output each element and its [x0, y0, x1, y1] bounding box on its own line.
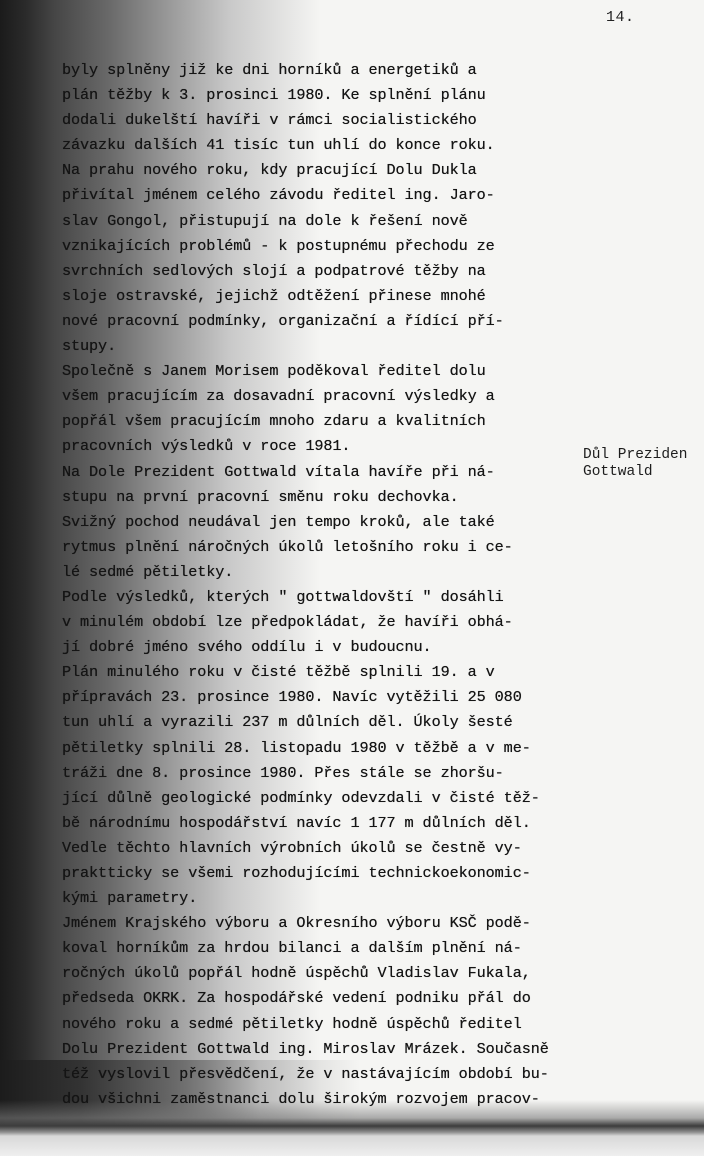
text-line: dodali dukelští havíři v rámci socialist…: [62, 108, 582, 133]
text-line: Podle výsledků, kterých " gottwaldovští …: [62, 585, 582, 610]
text-line: byly splněny již ke dni horníků a energe…: [62, 58, 582, 83]
text-line: plán těžby k 3. prosinci 1980. Ke splněn…: [62, 83, 582, 108]
text-line: nového roku a sedmé pětiletky hodně úspě…: [62, 1012, 582, 1037]
text-line: dou všichni zaměstnanci dolu širokým roz…: [62, 1087, 582, 1112]
text-line: tráži dne 8. prosince 1980. Přes stále s…: [62, 761, 582, 786]
scanned-page: 14. byly splněny již ke dni horníků a en…: [0, 0, 704, 1156]
text-line: kými parametry.: [62, 886, 582, 911]
text-line: předseda OKRK. Za hospodářské vedení pod…: [62, 986, 582, 1011]
text-line: stupu na první pracovní směnu roku decho…: [62, 485, 582, 510]
text-line: rytmus plnění náročných úkolů letošního …: [62, 535, 582, 560]
text-line: jí dobré jméno svého oddílu i v budoucnu…: [62, 635, 582, 660]
text-line: slav Gongol, přistupují na dole k řešení…: [62, 209, 582, 234]
text-line: pětiletky splnili 28. listopadu 1980 v t…: [62, 736, 582, 761]
text-line: Svižný pochod neudával jen tempo kroků, …: [62, 510, 582, 535]
text-line: praktticky se všemi rozhodujícími techni…: [62, 861, 582, 886]
text-line: všem pracujícím za dosavadní pracovní vý…: [62, 384, 582, 409]
text-line: tun uhlí a vyrazili 237 m důlních děl. Ú…: [62, 710, 582, 735]
text-line: Plán minulého roku v čisté těžbě splnili…: [62, 660, 582, 685]
text-line: popřál všem pracujícím mnoho zdaru a kva…: [62, 409, 582, 434]
text-line: lé sedmé pětiletky.: [62, 560, 582, 585]
text-line: Jménem Krajského výboru a Okresního výbo…: [62, 911, 582, 936]
margin-note-line: Důl Preziden: [583, 447, 687, 464]
text-line: Dolu Prezident Gottwald ing. Miroslav Mr…: [62, 1037, 582, 1062]
margin-note-line: Gottwald: [583, 464, 687, 481]
text-line: v minulém období lze předpokládat, že ha…: [62, 610, 582, 635]
text-line: nové pracovní podmínky, organizační a ří…: [62, 309, 582, 334]
text-line: stupy.: [62, 334, 582, 359]
text-line: Na Dole Prezident Gottwald vítala havíře…: [62, 460, 582, 485]
typewritten-body-text: byly splněny již ke dni horníků a energe…: [62, 58, 582, 1112]
text-line: svrchních sedlových slojí a podpatrové t…: [62, 259, 582, 284]
text-line: závazku dalších 41 tisíc tun uhlí do kon…: [62, 133, 582, 158]
text-line: sloje ostravské, jejichž odtěžení přines…: [62, 284, 582, 309]
text-line: přípravách 23. prosince 1980. Navíc vytě…: [62, 685, 582, 710]
text-line: přivítal jménem celého závodu ředitel in…: [62, 183, 582, 208]
text-line: ročných úkolů popřál hodně úspěchů Vladi…: [62, 961, 582, 986]
text-line: Vedle těchto hlavních výrobních úkolů se…: [62, 836, 582, 861]
text-line: koval horníkům za hrdou bilanci a dalším…: [62, 936, 582, 961]
text-line: vznikajících problémů - k postupnému pře…: [62, 234, 582, 259]
margin-note: Důl PrezidenGottwald: [583, 447, 687, 481]
text-line: též vyslovil přesvědčení, že v nastávají…: [62, 1062, 582, 1087]
text-line: pracovních výsledků v roce 1981.: [62, 434, 582, 459]
text-line: Na prahu nového roku, kdy pracující Dolu…: [62, 158, 582, 183]
text-line: bě národnímu hospodářství navíc 1 177 m …: [62, 811, 582, 836]
text-line: Společně s Janem Morisem poděkoval ředit…: [62, 359, 582, 384]
text-line: jící důlně geologické podmínky odevzdali…: [62, 786, 582, 811]
page-number: 14.: [606, 9, 635, 26]
